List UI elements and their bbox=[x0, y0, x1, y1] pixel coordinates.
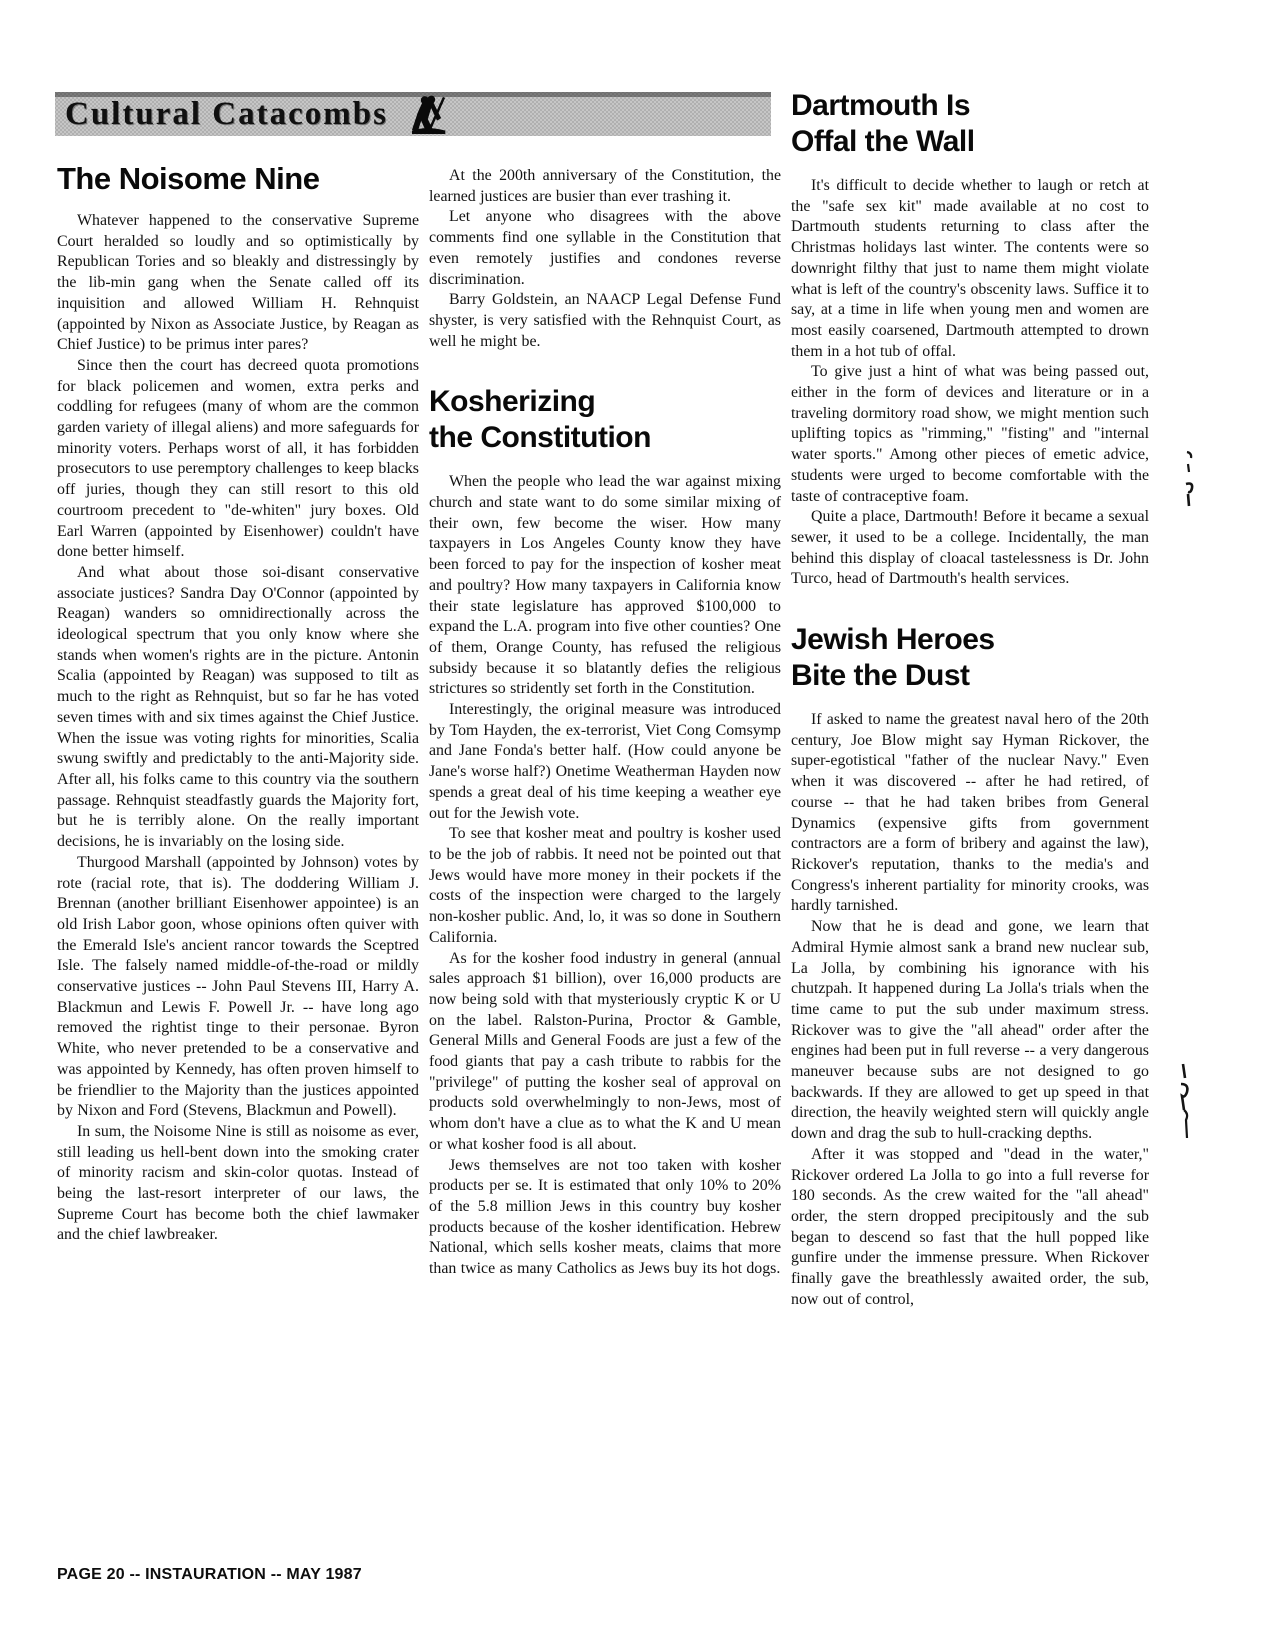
paragraph: Let anyone who disagrees with the above … bbox=[429, 207, 781, 290]
section-banner: Cultural Catacombs bbox=[55, 92, 771, 136]
paragraph: Since then the court has decreed quota p… bbox=[57, 356, 419, 563]
paragraph: Jews themselves are not too taken with k… bbox=[429, 1156, 781, 1280]
paragraph: It's difficult to decide whether to laug… bbox=[791, 176, 1149, 362]
paragraph: If asked to name the greatest naval hero… bbox=[791, 710, 1149, 917]
page-footer: PAGE 20 -- INSTAURATION -- MAY 1987 bbox=[57, 1566, 362, 1584]
section-banner-title: Cultural Catacombs bbox=[55, 96, 388, 133]
margin-ink-mark bbox=[1177, 1062, 1191, 1147]
paragraph: Whatever happened to the conservative Su… bbox=[57, 211, 419, 356]
headline-line: Kosherizing bbox=[429, 385, 595, 418]
paragraph: To give just a hint of what was being pa… bbox=[791, 362, 1149, 507]
margin-ink-mark bbox=[1183, 450, 1195, 513]
headline-kosherizing: Kosherizingthe Constitution bbox=[429, 384, 781, 456]
paragraph: Thurgood Marshall (appointed by Johnson)… bbox=[57, 853, 419, 1122]
headline-line: Jewish Heroes bbox=[791, 623, 995, 656]
paragraph: Quite a place, Dartmouth! Before it beca… bbox=[791, 507, 1149, 590]
magazine-page: Cultural Catacombs The Noisome Nine What… bbox=[0, 0, 1275, 1650]
paragraph: In sum, the Noisome Nine is still as noi… bbox=[57, 1122, 419, 1246]
paragraph: Barry Goldstein, an NAACP Legal Defense … bbox=[429, 290, 781, 352]
paragraph: When the people who lead the war against… bbox=[429, 472, 781, 700]
headline-noisome-nine: The Noisome Nine bbox=[57, 162, 419, 196]
headline-line: the Constitution bbox=[429, 421, 651, 454]
paragraph: As for the kosher food industry in gener… bbox=[429, 949, 781, 1156]
article-jewish-heroes-body: If asked to name the greatest naval hero… bbox=[791, 710, 1149, 1310]
article-kosherizing-body: When the people who lead the war against… bbox=[429, 472, 781, 1279]
headline-dartmouth: Dartmouth IsOffal the Wall bbox=[791, 88, 1149, 160]
paragraph: To see that kosher meat and poultry is k… bbox=[429, 824, 781, 948]
paragraph: And what about those soi-disant conserva… bbox=[57, 563, 419, 853]
column-2: At the 200th anniversary of the Constitu… bbox=[429, 166, 781, 1280]
headline-line: Dartmouth Is bbox=[791, 89, 970, 122]
headline-jewish-heroes: Jewish HeroesBite the Dust bbox=[791, 622, 1149, 694]
paragraph: At the 200th anniversary of the Constitu… bbox=[429, 166, 781, 207]
headline-line: Offal the Wall bbox=[791, 125, 975, 158]
column-3: Dartmouth IsOffal the Wall It's difficul… bbox=[791, 88, 1149, 1310]
article-dartmouth-body: It's difficult to decide whether to laug… bbox=[791, 176, 1149, 590]
paragraph: After it was stopped and "dead in the wa… bbox=[791, 1145, 1149, 1311]
article-noisome-nine-continuation: At the 200th anniversary of the Constitu… bbox=[429, 166, 781, 352]
headline-line: Bite the Dust bbox=[791, 659, 970, 692]
column-1: The Noisome Nine Whatever happened to th… bbox=[57, 162, 419, 1246]
gravedigger-icon bbox=[402, 94, 452, 134]
paragraph: Now that he is dead and gone, we learn t… bbox=[791, 917, 1149, 1145]
article-noisome-nine-body: Whatever happened to the conservative Su… bbox=[57, 211, 419, 1246]
paragraph: Interestingly, the original measure was … bbox=[429, 700, 781, 824]
